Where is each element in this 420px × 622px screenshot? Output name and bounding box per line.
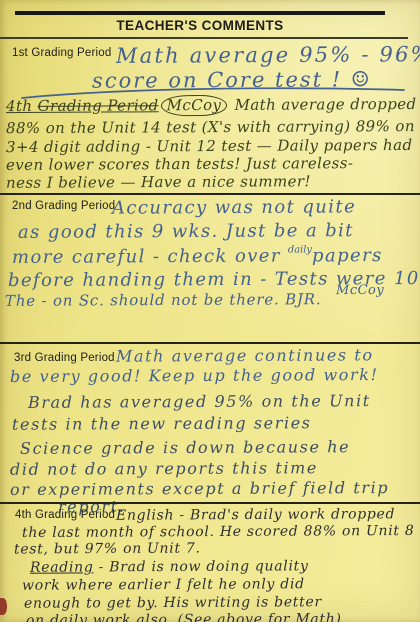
- handwritten-line: be very good! Keep up the good work!: [10, 365, 379, 386]
- handwritten-line: English - Brad's daily work dropped: [116, 506, 395, 523]
- handwritten-line: Science grade is down because he: [20, 437, 350, 458]
- handwritten-line: Accuracy was not quite: [112, 196, 356, 218]
- handwriting-block-4: English - Brad's daily work droppedthe l…: [0, 504, 420, 622]
- section-2nd-grading-period: 2nd Grading Period Accuracy was not quit…: [0, 195, 420, 342]
- handwritten-line: test, but 97% on Unit 7.: [14, 541, 201, 558]
- handwritten-line: The - on Sc. should not be there. BJR.: [5, 290, 322, 310]
- handwritten-line: 4th Grading PeriodMcCoy Math average dro…: [6, 94, 417, 117]
- section-4th-grading-period: 4th Grading Period English - Brad's dail…: [0, 504, 420, 622]
- handwritten-line: Math average 95% - 96%: [116, 42, 420, 68]
- handwritten-line: the last month of school. He scored 88% …: [22, 523, 415, 541]
- handwritten-line: enough to get by. His writing is better: [24, 594, 322, 612]
- report-card-scan: TEACHER'S COMMENTS 1st Grading Period Ma…: [0, 0, 420, 622]
- handwritten-line: Brad has averaged 95% on the Unit: [28, 391, 371, 412]
- handwritten-line: as good this 9 wks. Just be a bit: [18, 220, 354, 243]
- page-title: TEACHER'S COMMENTS: [15, 18, 385, 33]
- handwritten-line: McCoy: [336, 283, 384, 298]
- handwritten-line: 88% on the Unit 14 test (X's with carryi…: [6, 117, 420, 137]
- handwritten-line: even lower scores than tests! Just carel…: [6, 154, 353, 174]
- handwritten-line: on daily work also. (See above for Math): [26, 611, 342, 622]
- handwritten-line: did not do any reports this time: [10, 458, 318, 479]
- handwritten-line: 3+4 digit adding - Unit 12 test — Daily …: [6, 136, 413, 156]
- handwritten-line: work where earlier I felt he only did: [22, 576, 305, 593]
- handwriting-block-2: Accuracy was not quiteas good this 9 wks…: [0, 195, 420, 342]
- handwritten-line: tests in the new reading series: [12, 413, 312, 434]
- handwriting-block-3: Math average continues tobe very good! K…: [0, 344, 420, 502]
- handwritten-line: or experiments except a brief field trip: [10, 478, 389, 499]
- section-1st-grading-period: 1st Grading Period Math average 95% - 96…: [0, 38, 420, 193]
- handwritten-line: more careful - check over dailypapers: [12, 244, 383, 268]
- handwritten-line: Math average continues to: [116, 345, 374, 365]
- handwritten-line: score on Core test ! ☺: [92, 67, 372, 92]
- handwriting-block-1: Math average 95% - 96%score on Core test…: [0, 38, 420, 193]
- handwritten-line: Reading - Brad is now doing quality: [30, 558, 309, 575]
- section-3rd-grading-period: 3rd Grading Period Math average continue…: [0, 344, 420, 502]
- handwritten-line: ness I believe — Have a nice summer!: [6, 172, 311, 192]
- header-top-rule: [15, 11, 385, 15]
